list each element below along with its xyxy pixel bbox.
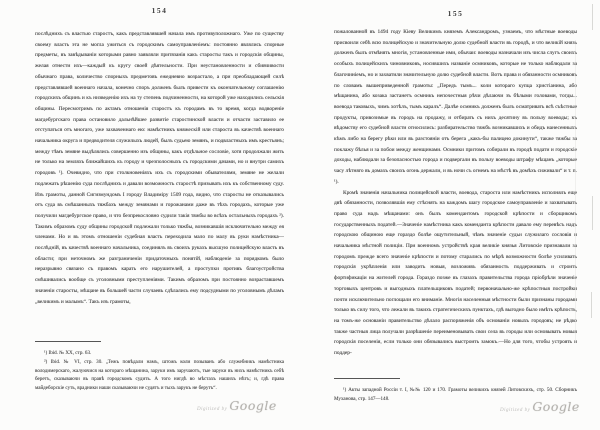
body-text-left: послѣднихъ съ властью старостъ, какъ пре… — [35, 29, 284, 307]
footnote-rule — [334, 378, 400, 379]
footnotes-right: ¹) Акты западной Россіи т. I, №№ 120 и 1… — [334, 386, 577, 404]
paragraph: пожалованной въ 1494 году Кіеву Великимъ… — [334, 27, 577, 188]
page-154: 154 послѣднихъ съ властью старостъ, какъ… — [35, 0, 284, 430]
paragraph: послѣднихъ съ властью старостъ, какъ пре… — [35, 29, 284, 307]
paragraph: Кромѣ значенія начальника полицейской вл… — [334, 188, 577, 359]
scan-edge-artifact — [591, 292, 592, 318]
footnote: ²) Ibid. № VI, стр. 30. „Тежъ повѣдали н… — [35, 358, 284, 393]
page-number-right: 155 — [334, 9, 577, 18]
google-logo-watermark: Google — [229, 398, 276, 413]
footnote-rule — [35, 341, 101, 342]
scan-edge-artifact — [575, 40, 576, 340]
watermark-prefix: Digitized by — [197, 407, 227, 412]
page-155: 155 пожалованной въ 1494 году Кіеву Вели… — [334, 0, 577, 430]
footnote: ¹) Акты западной Россіи т. I, №№ 120 и 1… — [334, 386, 577, 404]
page-number-left: 154 — [35, 6, 284, 15]
watermark-prefix: Digitized by — [500, 408, 530, 413]
book-scan: 154 послѣднихъ съ властью старостъ, какъ… — [0, 0, 600, 430]
google-watermark: Digitized by Google — [197, 398, 277, 413]
footnotes-left: ¹) Ibid. № XX, стр. 63. ²) Ibid. № VI, с… — [35, 349, 284, 393]
body-text-right: пожалованной въ 1494 году Кіеву Великимъ… — [334, 27, 577, 359]
scan-edge-artifact — [592, 4, 593, 30]
footnote: ¹) Ibid. № XX, стр. 63. — [35, 349, 284, 358]
scan-edge-artifact — [592, 196, 593, 230]
